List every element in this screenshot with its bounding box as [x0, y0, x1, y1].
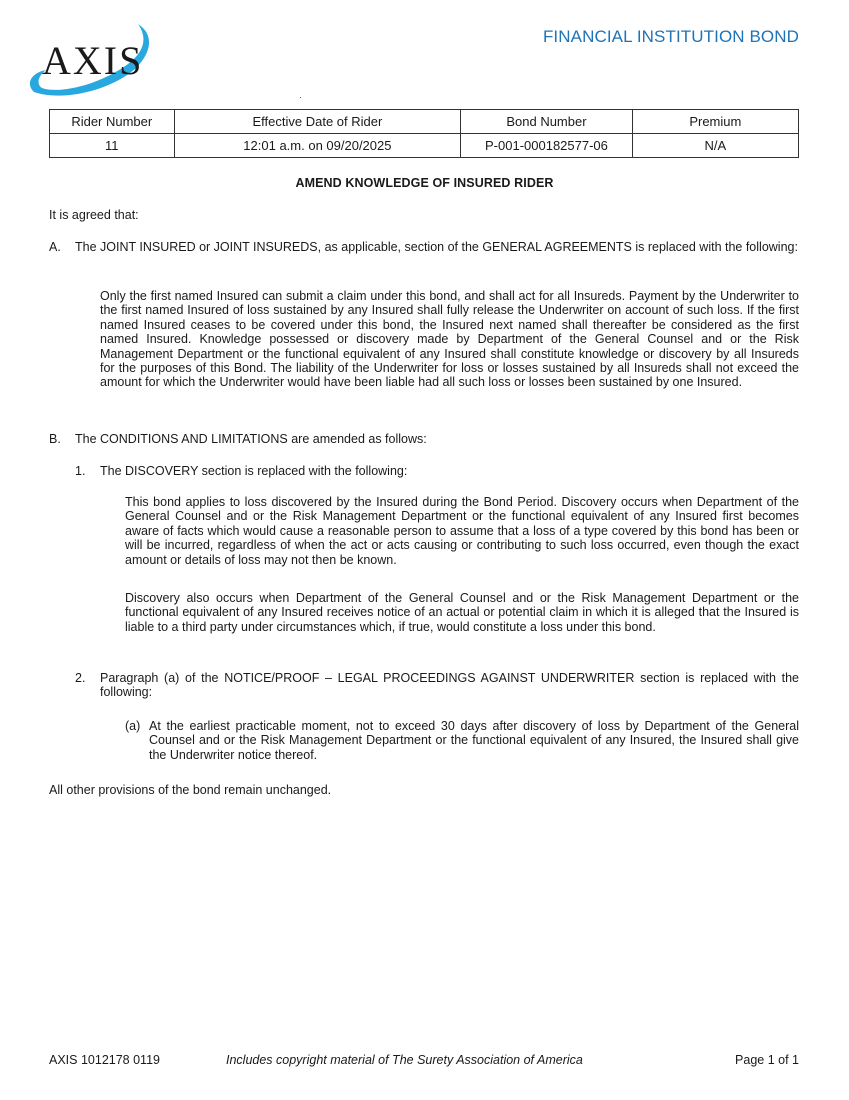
svg-text:AXIS: AXIS	[42, 38, 143, 83]
effective-date-value: 12:01 a.m. on 09/20/2025	[174, 134, 461, 158]
header-bond-number: Bond Number	[461, 110, 632, 134]
section-a-replacement: Only the first named Insured can submit …	[100, 289, 799, 390]
decorative-dot	[300, 97, 301, 98]
discovery-paragraph-1: This bond applies to loss discovered by …	[125, 495, 799, 567]
rider-table-value-row: 11 12:01 a.m. on 09/20/2025 P-001-000182…	[50, 134, 799, 158]
footer-page-number: Page 1 of 1	[735, 1053, 799, 1067]
axis-logo-icon: AXIS	[28, 20, 150, 96]
form-title: FINANCIAL INSTITUTION BOND	[543, 27, 799, 47]
document-title: AMEND KNOWLEDGE OF INSURED RIDER	[0, 176, 849, 190]
axis-logo: AXIS	[28, 20, 150, 96]
section-b-text: The CONDITIONS AND LIMITATIONS are amend…	[75, 432, 799, 446]
header-premium: Premium	[632, 110, 798, 134]
bond-number-value: P-001-000182577-06	[461, 134, 632, 158]
sub-item-a-label: (a)	[125, 719, 140, 733]
item-2-text: Paragraph (a) of the NOTICE/PROOF – LEGA…	[100, 671, 799, 700]
rider-table: Rider Number Effective Date of Rider Bon…	[49, 109, 799, 158]
item-1-text: The DISCOVERY section is replaced with t…	[100, 464, 799, 478]
footer-form-number: AXIS 1012178 0119	[49, 1053, 160, 1067]
rider-table-header-row: Rider Number Effective Date of Rider Bon…	[50, 110, 799, 134]
intro-text: It is agreed that:	[49, 208, 139, 222]
item-1-label: 1.	[75, 464, 85, 478]
rider-number-value: 11	[50, 134, 175, 158]
discovery-paragraph-2: Discovery also occurs when Department of…	[125, 591, 799, 634]
item-2-label: 2.	[75, 671, 85, 685]
header-rider-number: Rider Number	[50, 110, 175, 134]
footer-copyright: Includes copyright material of The Suret…	[226, 1053, 583, 1067]
premium-value: N/A	[632, 134, 798, 158]
section-a-text: The JOINT INSURED or JOINT INSUREDS, as …	[75, 240, 799, 254]
header-effective-date: Effective Date of Rider	[174, 110, 461, 134]
sub-item-a-text: At the earliest practicable moment, not …	[149, 719, 799, 762]
section-a-label: A.	[49, 240, 61, 254]
section-b-label: B.	[49, 432, 61, 446]
closing-text: All other provisions of the bond remain …	[49, 783, 331, 797]
